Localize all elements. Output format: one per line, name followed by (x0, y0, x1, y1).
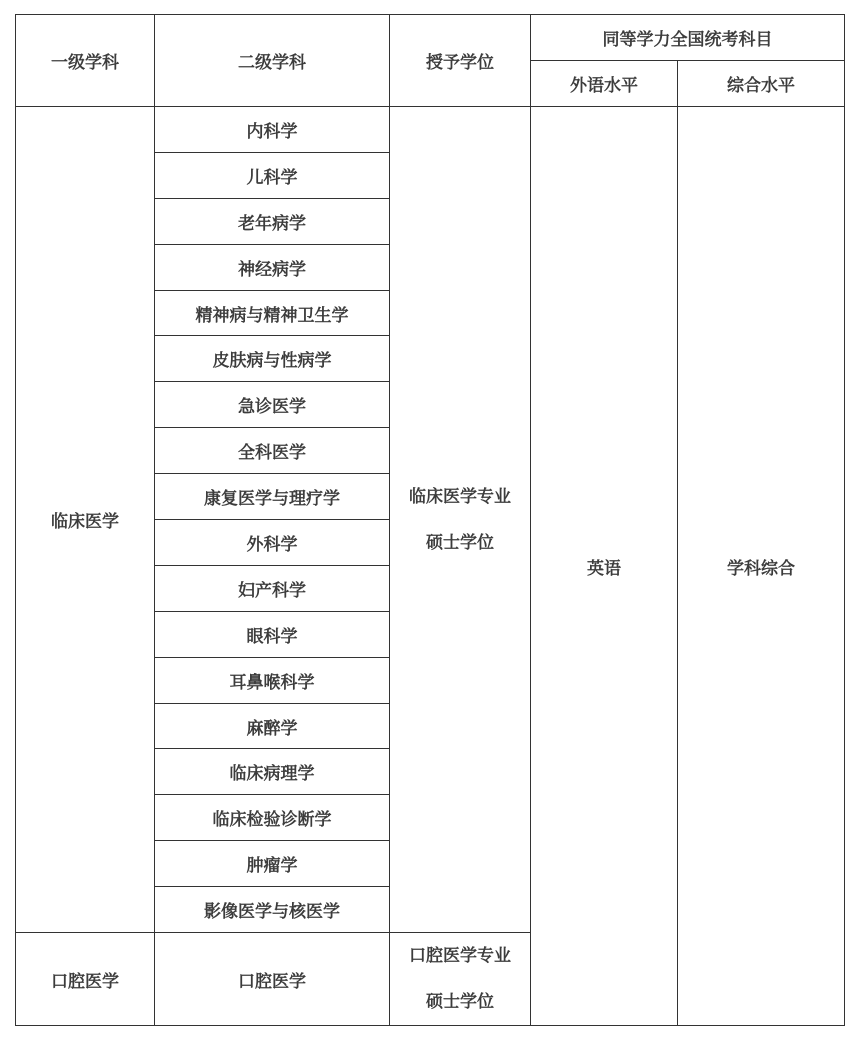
second-level-cell: 临床检验诊断学 (155, 795, 390, 841)
second-level-cell: 耳鼻喉科学 (155, 657, 390, 703)
second-level-cell: 精神病与精神卫生学 (155, 290, 390, 336)
degree-line: 硕士学位 (390, 979, 530, 1025)
second-level-cell: 麻醉学 (155, 703, 390, 749)
first-level-stomatology: 口腔医学 (16, 933, 155, 1026)
exam-subjects-table: 一级学科 二级学科 授予学位 同等学力全国统考科目 外语水平 综合水平 临床医学… (15, 14, 845, 1026)
foreign-language-value: 英语 (531, 107, 678, 1026)
second-level-cell: 全科医学 (155, 428, 390, 474)
second-level-cell: 康复医学与理疗学 (155, 474, 390, 520)
second-level-cell: 内科学 (155, 107, 390, 153)
second-level-cell: 口腔医学 (155, 933, 390, 1026)
header-exam-group: 同等学力全国统考科目 (531, 15, 845, 61)
header-degree: 授予学位 (390, 15, 531, 107)
header-second-level: 二级学科 (155, 15, 390, 107)
degree-line: 口腔医学专业 (390, 933, 530, 979)
first-level-clinical: 临床医学 (16, 107, 155, 933)
header-comprehensive: 综合水平 (678, 61, 845, 107)
header-first-level: 一级学科 (16, 15, 155, 107)
degree-line: 临床医学专业 (390, 474, 530, 520)
header-foreign-language: 外语水平 (531, 61, 678, 107)
second-level-cell: 老年病学 (155, 198, 390, 244)
second-level-cell: 临床病理学 (155, 749, 390, 795)
second-level-cell: 外科学 (155, 520, 390, 566)
comprehensive-value: 学科综合 (678, 107, 845, 1026)
second-level-cell: 肿瘤学 (155, 841, 390, 887)
table-row: 临床医学 内科学 临床医学专业 硕士学位 英语 学科综合 (16, 107, 845, 153)
second-level-cell: 皮肤病与性病学 (155, 336, 390, 382)
second-level-cell: 眼科学 (155, 611, 390, 657)
second-level-cell: 儿科学 (155, 152, 390, 198)
second-level-cell: 妇产科学 (155, 565, 390, 611)
degree-line: 硕士学位 (390, 520, 530, 566)
degree-stomatology: 口腔医学专业 硕士学位 (390, 933, 531, 1026)
second-level-cell: 神经病学 (155, 244, 390, 290)
degree-clinical: 临床医学专业 硕士学位 (390, 107, 531, 933)
second-level-cell: 急诊医学 (155, 382, 390, 428)
second-level-cell: 影像医学与核医学 (155, 887, 390, 933)
